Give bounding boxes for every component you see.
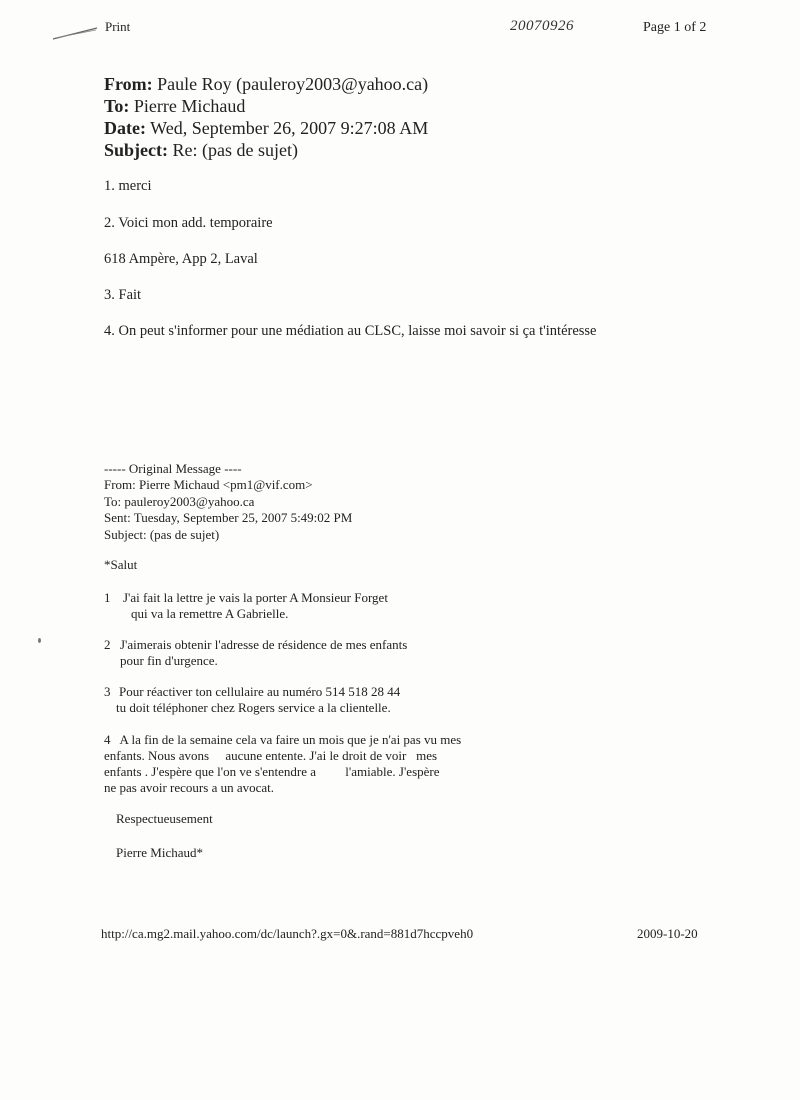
date-row: Date: Wed, September 26, 2007 9:27:08 AM bbox=[104, 117, 428, 139]
scan-speck bbox=[38, 638, 41, 643]
reply-line: 1. merci bbox=[104, 178, 152, 195]
handwritten-date: 20070926 bbox=[510, 18, 574, 35]
item-number: 1 bbox=[104, 590, 111, 606]
date-value: Wed, September 26, 2007 9:27:08 AM bbox=[150, 118, 428, 138]
item-number: 3 bbox=[104, 684, 111, 700]
reply-line: 2. Voici mon add. temporaire bbox=[104, 215, 273, 232]
footer-url: http://ca.mg2.mail.yahoo.com/dc/launch?.… bbox=[101, 926, 473, 942]
to-value: Pierre Michaud bbox=[134, 96, 245, 116]
page-indicator: Page 1 of 2 bbox=[643, 20, 706, 36]
item-line: J'ai fait la lettre je vais la porter A … bbox=[123, 590, 388, 606]
original-sent: Sent: Tuesday, September 25, 2007 5:49:0… bbox=[104, 510, 352, 526]
date-label: Date: bbox=[104, 118, 146, 138]
from-row: From: Paule Roy (pauleroy2003@yahoo.ca) bbox=[104, 73, 428, 95]
item-number: 2 bbox=[104, 637, 111, 653]
print-label: Print bbox=[105, 19, 130, 35]
to-row: To: Pierre Michaud bbox=[104, 95, 428, 117]
to-label: To: bbox=[104, 96, 129, 116]
original-message-header: ----- Original Message ---- From: Pierre… bbox=[104, 461, 352, 543]
item4-line: 4 A la fin de la semaine cela va faire u… bbox=[104, 732, 461, 748]
item4-line: enfants . J'espère que l'on ve s'entendr… bbox=[104, 764, 440, 780]
item4-line: ne pas avoir recours a un avocat. bbox=[104, 780, 274, 796]
reply-line: 618 Ampère, App 2, Laval bbox=[104, 251, 258, 268]
original-subject: Subject: (pas de sujet) bbox=[104, 527, 352, 543]
from-value: Paule Roy (pauleroy2003@yahoo.ca) bbox=[157, 74, 428, 94]
subject-value: Re: (pas de sujet) bbox=[173, 140, 298, 160]
item4-line: enfants. Nous avons aucune entente. J'ai… bbox=[104, 748, 437, 764]
reply-line: 4. On peut s'informer pour une médiation… bbox=[104, 323, 597, 340]
original-from: From: Pierre Michaud <pm1@vif.com> bbox=[104, 477, 352, 493]
original-to: To: pauleroy2003@yahoo.ca bbox=[104, 494, 352, 510]
item-line: Pour réactiver ton cellulaire au numéro … bbox=[119, 684, 400, 700]
item-line: qui va la remettre A Gabrielle. bbox=[131, 606, 288, 622]
email-header: From: Paule Roy (pauleroy2003@yahoo.ca) … bbox=[104, 73, 428, 161]
closing: Respectueusement bbox=[116, 811, 213, 827]
item-line: pour fin d'urgence. bbox=[120, 653, 218, 669]
greeting: *Salut bbox=[104, 557, 137, 573]
pen-stroke-mark bbox=[52, 26, 98, 40]
subject-label: Subject: bbox=[104, 140, 168, 160]
reply-line: 3. Fait bbox=[104, 287, 141, 304]
original-separator: ----- Original Message ---- bbox=[104, 461, 352, 477]
item-line: tu doit téléphoner chez Rogers service a… bbox=[116, 700, 391, 716]
item-line: J'aimerais obtenir l'adresse de résidenc… bbox=[120, 637, 407, 653]
from-label: From: bbox=[104, 74, 153, 94]
signature: Pierre Michaud* bbox=[116, 845, 203, 861]
subject-row: Subject: Re: (pas de sujet) bbox=[104, 139, 428, 161]
footer-print-date: 2009-10-20 bbox=[637, 926, 698, 942]
